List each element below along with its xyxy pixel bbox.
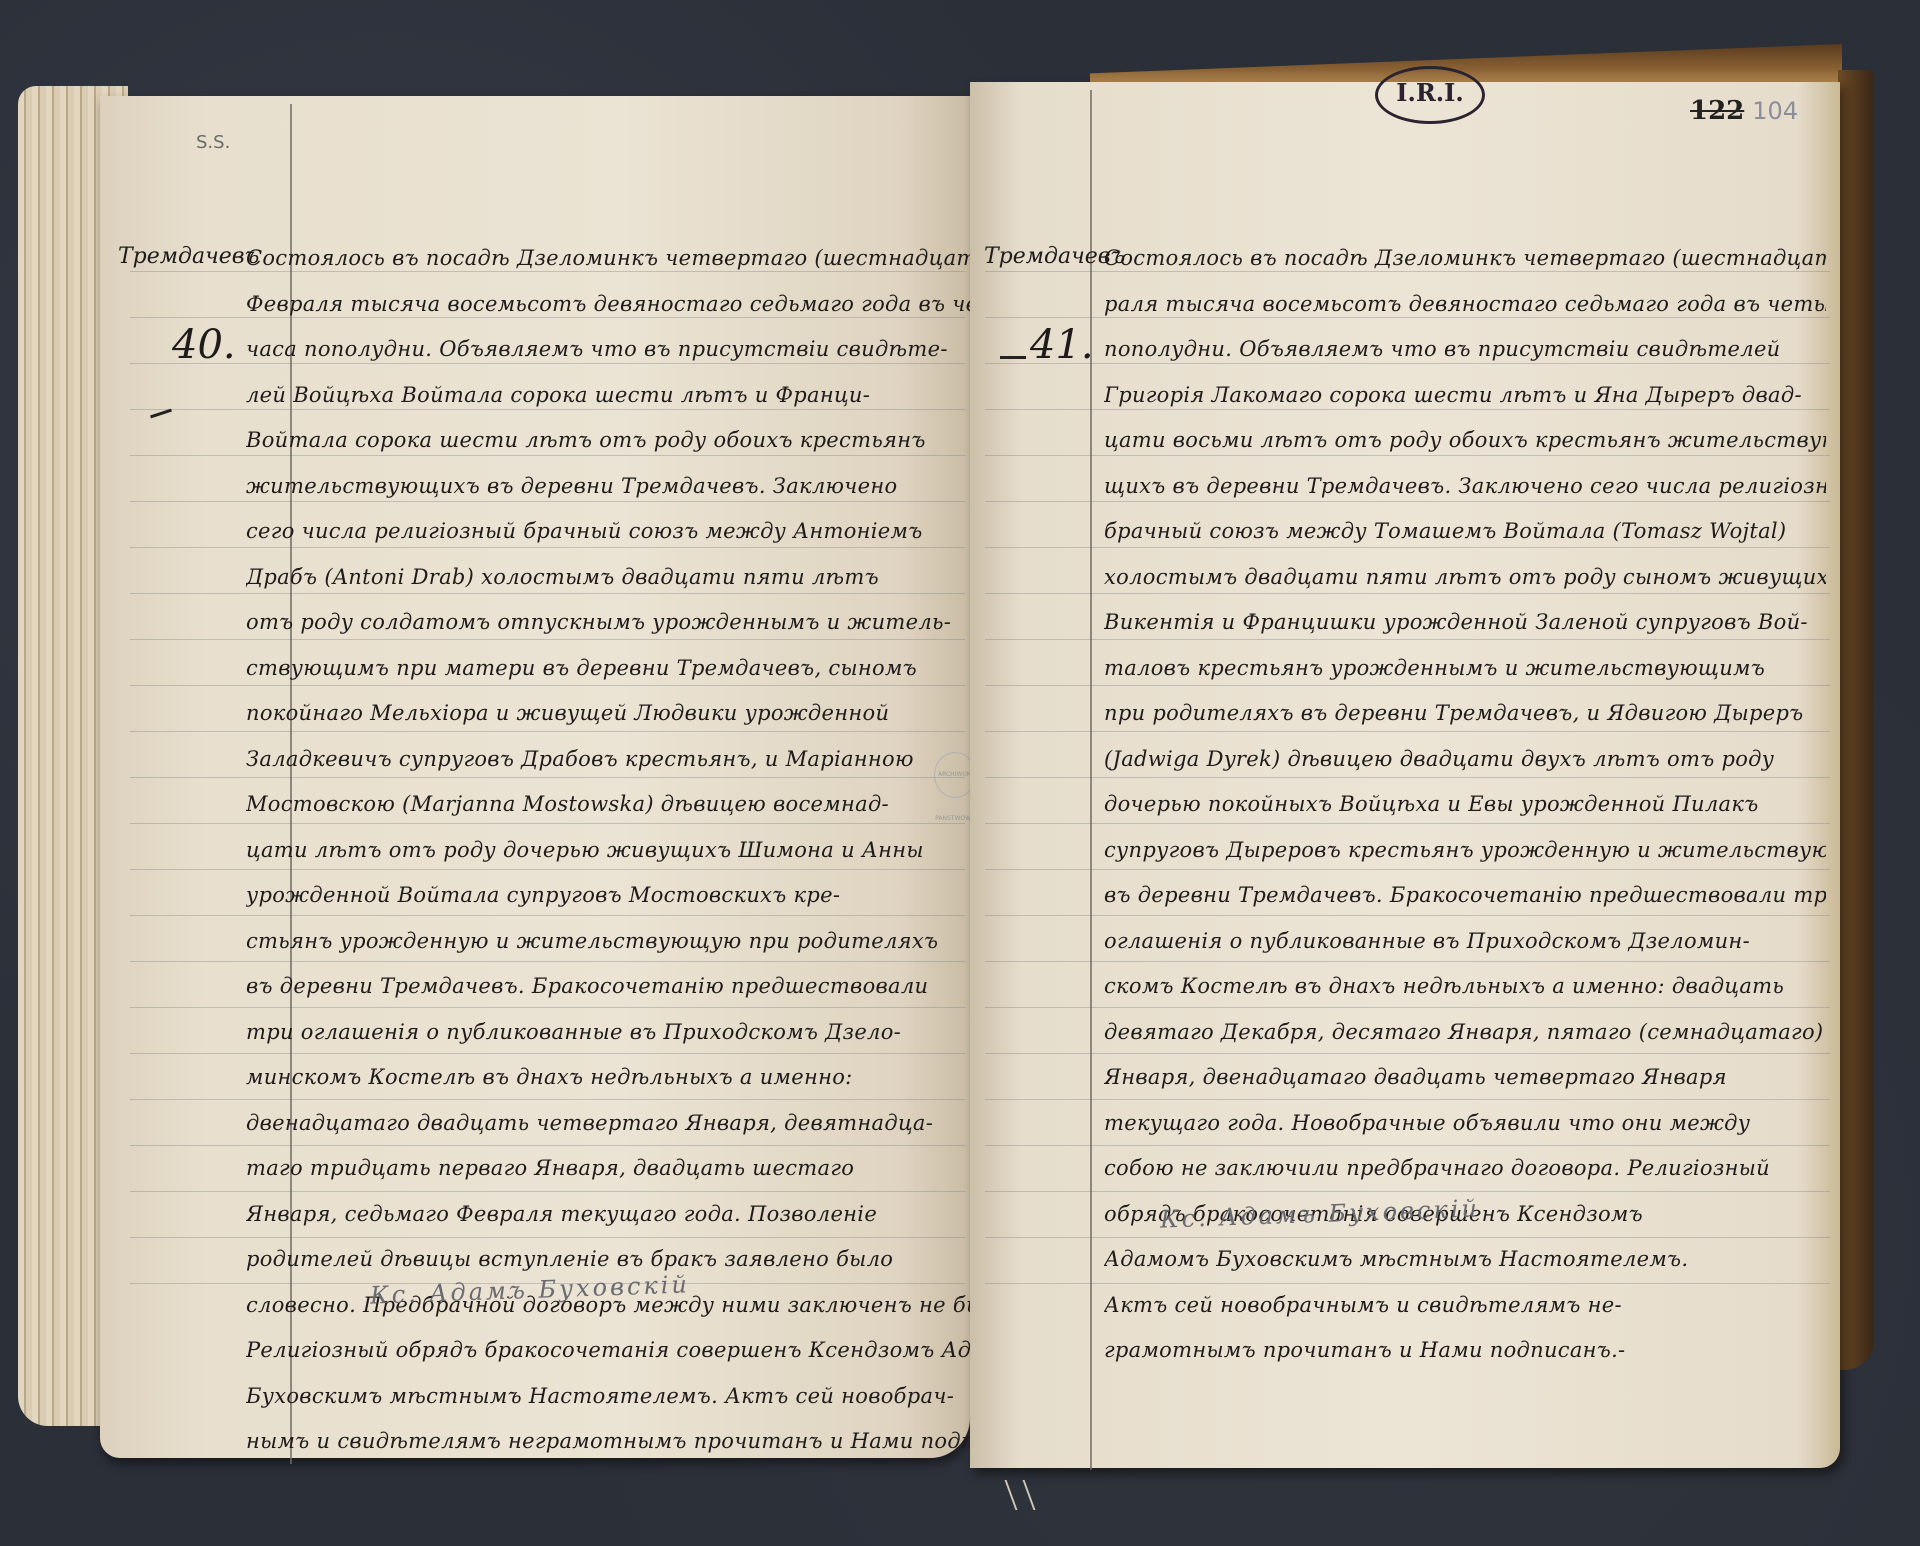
text-line: Викентія и Францишки урожденной Заленой … [1104, 600, 1826, 646]
folio-old-number: 122 [1690, 96, 1744, 126]
left-entry-number: 40. [172, 322, 236, 368]
text-line: урожденной Войтала супруговъ Мостовскихъ… [246, 873, 978, 919]
text-line: собою не заключили предбрачнаго договора… [1104, 1146, 1826, 1192]
folio-new-number: 104 [1752, 97, 1798, 125]
text-line: Адамомъ Буховскимъ мѣстнымъ Настоятелемъ… [1104, 1237, 1826, 1283]
text-line: Религіозный обрядъ бракосочетанія соверш… [246, 1328, 978, 1374]
text-line: супруговъ Дыреровъ крестьянъ урожденную … [1104, 828, 1826, 874]
text-line: Драбъ (Antoni Drab) холостымъ двадцати п… [246, 555, 978, 601]
right-margin-line [1090, 90, 1092, 1470]
folio-number: 122104 [1690, 96, 1798, 126]
text-line: Актъ сей новобрачнымъ и свидѣтелямъ не- [1104, 1283, 1826, 1329]
text-line: Буховскимъ мѣстнымъ Настоятелемъ. Актъ с… [246, 1374, 978, 1420]
library-stamp: I.R.I. [1375, 66, 1485, 124]
right-dash-mark [1000, 356, 1026, 359]
text-line: жительствующихъ въ деревни Тремдачевъ. З… [246, 464, 978, 510]
text-line: покойнаго Мельхіора и живущей Людвики ур… [246, 691, 978, 737]
text-line: часа пополудни. Объявляемъ что въ присут… [246, 327, 978, 373]
text-line: Состоялось въ посадѣ Дзеломинкъ четверта… [246, 236, 978, 282]
text-line: ствующимъ при матери въ деревни Тремдаче… [246, 646, 978, 692]
text-line: минскомъ Костелѣ въ днахъ недѣльныхъ а и… [246, 1055, 978, 1101]
text-line: отъ роду солдатомъ отпускнымъ урожденным… [246, 600, 978, 646]
text-line: Января, седьмаго Февраля текущаго года. … [246, 1192, 978, 1238]
text-line: дочерью покойныхъ Войцѣха и Евы урожденн… [1104, 782, 1826, 828]
text-line: цати лѣтъ отъ роду дочерью живущихъ Шимо… [246, 828, 978, 874]
text-line: стьянъ урожденную и жительствующую при р… [246, 919, 978, 965]
text-line: текущаго года. Новобрачные объявили что … [1104, 1101, 1826, 1147]
text-line: въ деревни Тремдачевъ. Бракосочетанію пр… [246, 964, 978, 1010]
text-line: таловъ крестьянъ урожденнымъ и жительств… [1104, 646, 1826, 692]
text-line: пополудни. Объявляемъ что въ присутствіи… [1104, 327, 1826, 373]
text-line: брачный союзъ между Томашемъ Войтала (To… [1104, 509, 1826, 555]
text-line: Григорія Лакомаго сорока шести лѣтъ и Ян… [1104, 373, 1826, 419]
text-line: Февраля тысяча восемьсотъ девяностаго се… [246, 282, 978, 328]
text-line: три оглашенія о публикованные въ Приходс… [246, 1010, 978, 1056]
text-line: (Jadwiga Dyrek) дѣвицею двадцати двухъ л… [1104, 737, 1826, 783]
text-line: холостымъ двадцати пяти лѣтъ отъ роду сы… [1104, 555, 1826, 601]
text-line: Войтала сорока шести лѣтъ отъ роду обоих… [246, 418, 978, 464]
text-line: Состоялось въ посадѣ Дзеломинкъ четверта… [1104, 236, 1826, 282]
text-line: нымъ и свидѣтелямъ неграмотнымъ прочитан… [246, 1419, 978, 1465]
text-line: цати восьми лѣтъ отъ роду обоихъ крестья… [1104, 418, 1826, 464]
text-line: въ деревни Тремдачевъ. Бракосочетанію пр… [1104, 873, 1826, 919]
left-margin-village-name: Тремдачевъ [118, 244, 259, 269]
text-line: Января, двенадцатаго двадцать четвертаго… [1104, 1055, 1826, 1101]
text-line: Мостовскою (Marjanna Mostowska) дѣвицею … [246, 782, 978, 828]
right-entry-number: 41. [1030, 322, 1094, 368]
text-line: грамотнымъ прочитанъ и Нами подписанъ.- [1104, 1328, 1826, 1374]
text-line: оглашенія о публикованные въ Приходскомъ… [1104, 919, 1826, 965]
text-line: при родителяхъ въ деревни Тремдачевъ, и … [1104, 691, 1826, 737]
pencil-mark: S.S. [196, 132, 230, 153]
text-line: сего числа религіозный брачный союзъ меж… [246, 509, 978, 555]
ribbon-bookmark [1005, 1480, 1036, 1510]
book-cover-right-edge [1838, 70, 1874, 1370]
text-line: девятаго Декабря, десятаго Января, пятаг… [1104, 1010, 1826, 1056]
text-line: Заладкевичъ супруговъ Драбовъ крестьянъ,… [246, 737, 978, 783]
text-line: двенадцатаго двадцать четвертаго Января,… [246, 1101, 978, 1147]
open-register-book: S.S. Тремдачевъ 40. Состоялось въ посадѣ… [0, 0, 1920, 1546]
text-line: таго тридцать перваго Января, двадцать ш… [246, 1146, 978, 1192]
text-line: лей Войцѣха Войтала сорока шести лѣтъ и … [246, 373, 978, 419]
text-line: раля тысяча восемьсотъ девяностаго седьм… [1104, 282, 1826, 328]
text-line: щихъ въ деревни Тремдачевъ. Заключено се… [1104, 464, 1826, 510]
text-line: скомъ Костелѣ въ днахъ недѣльныхъ а имен… [1104, 964, 1826, 1010]
